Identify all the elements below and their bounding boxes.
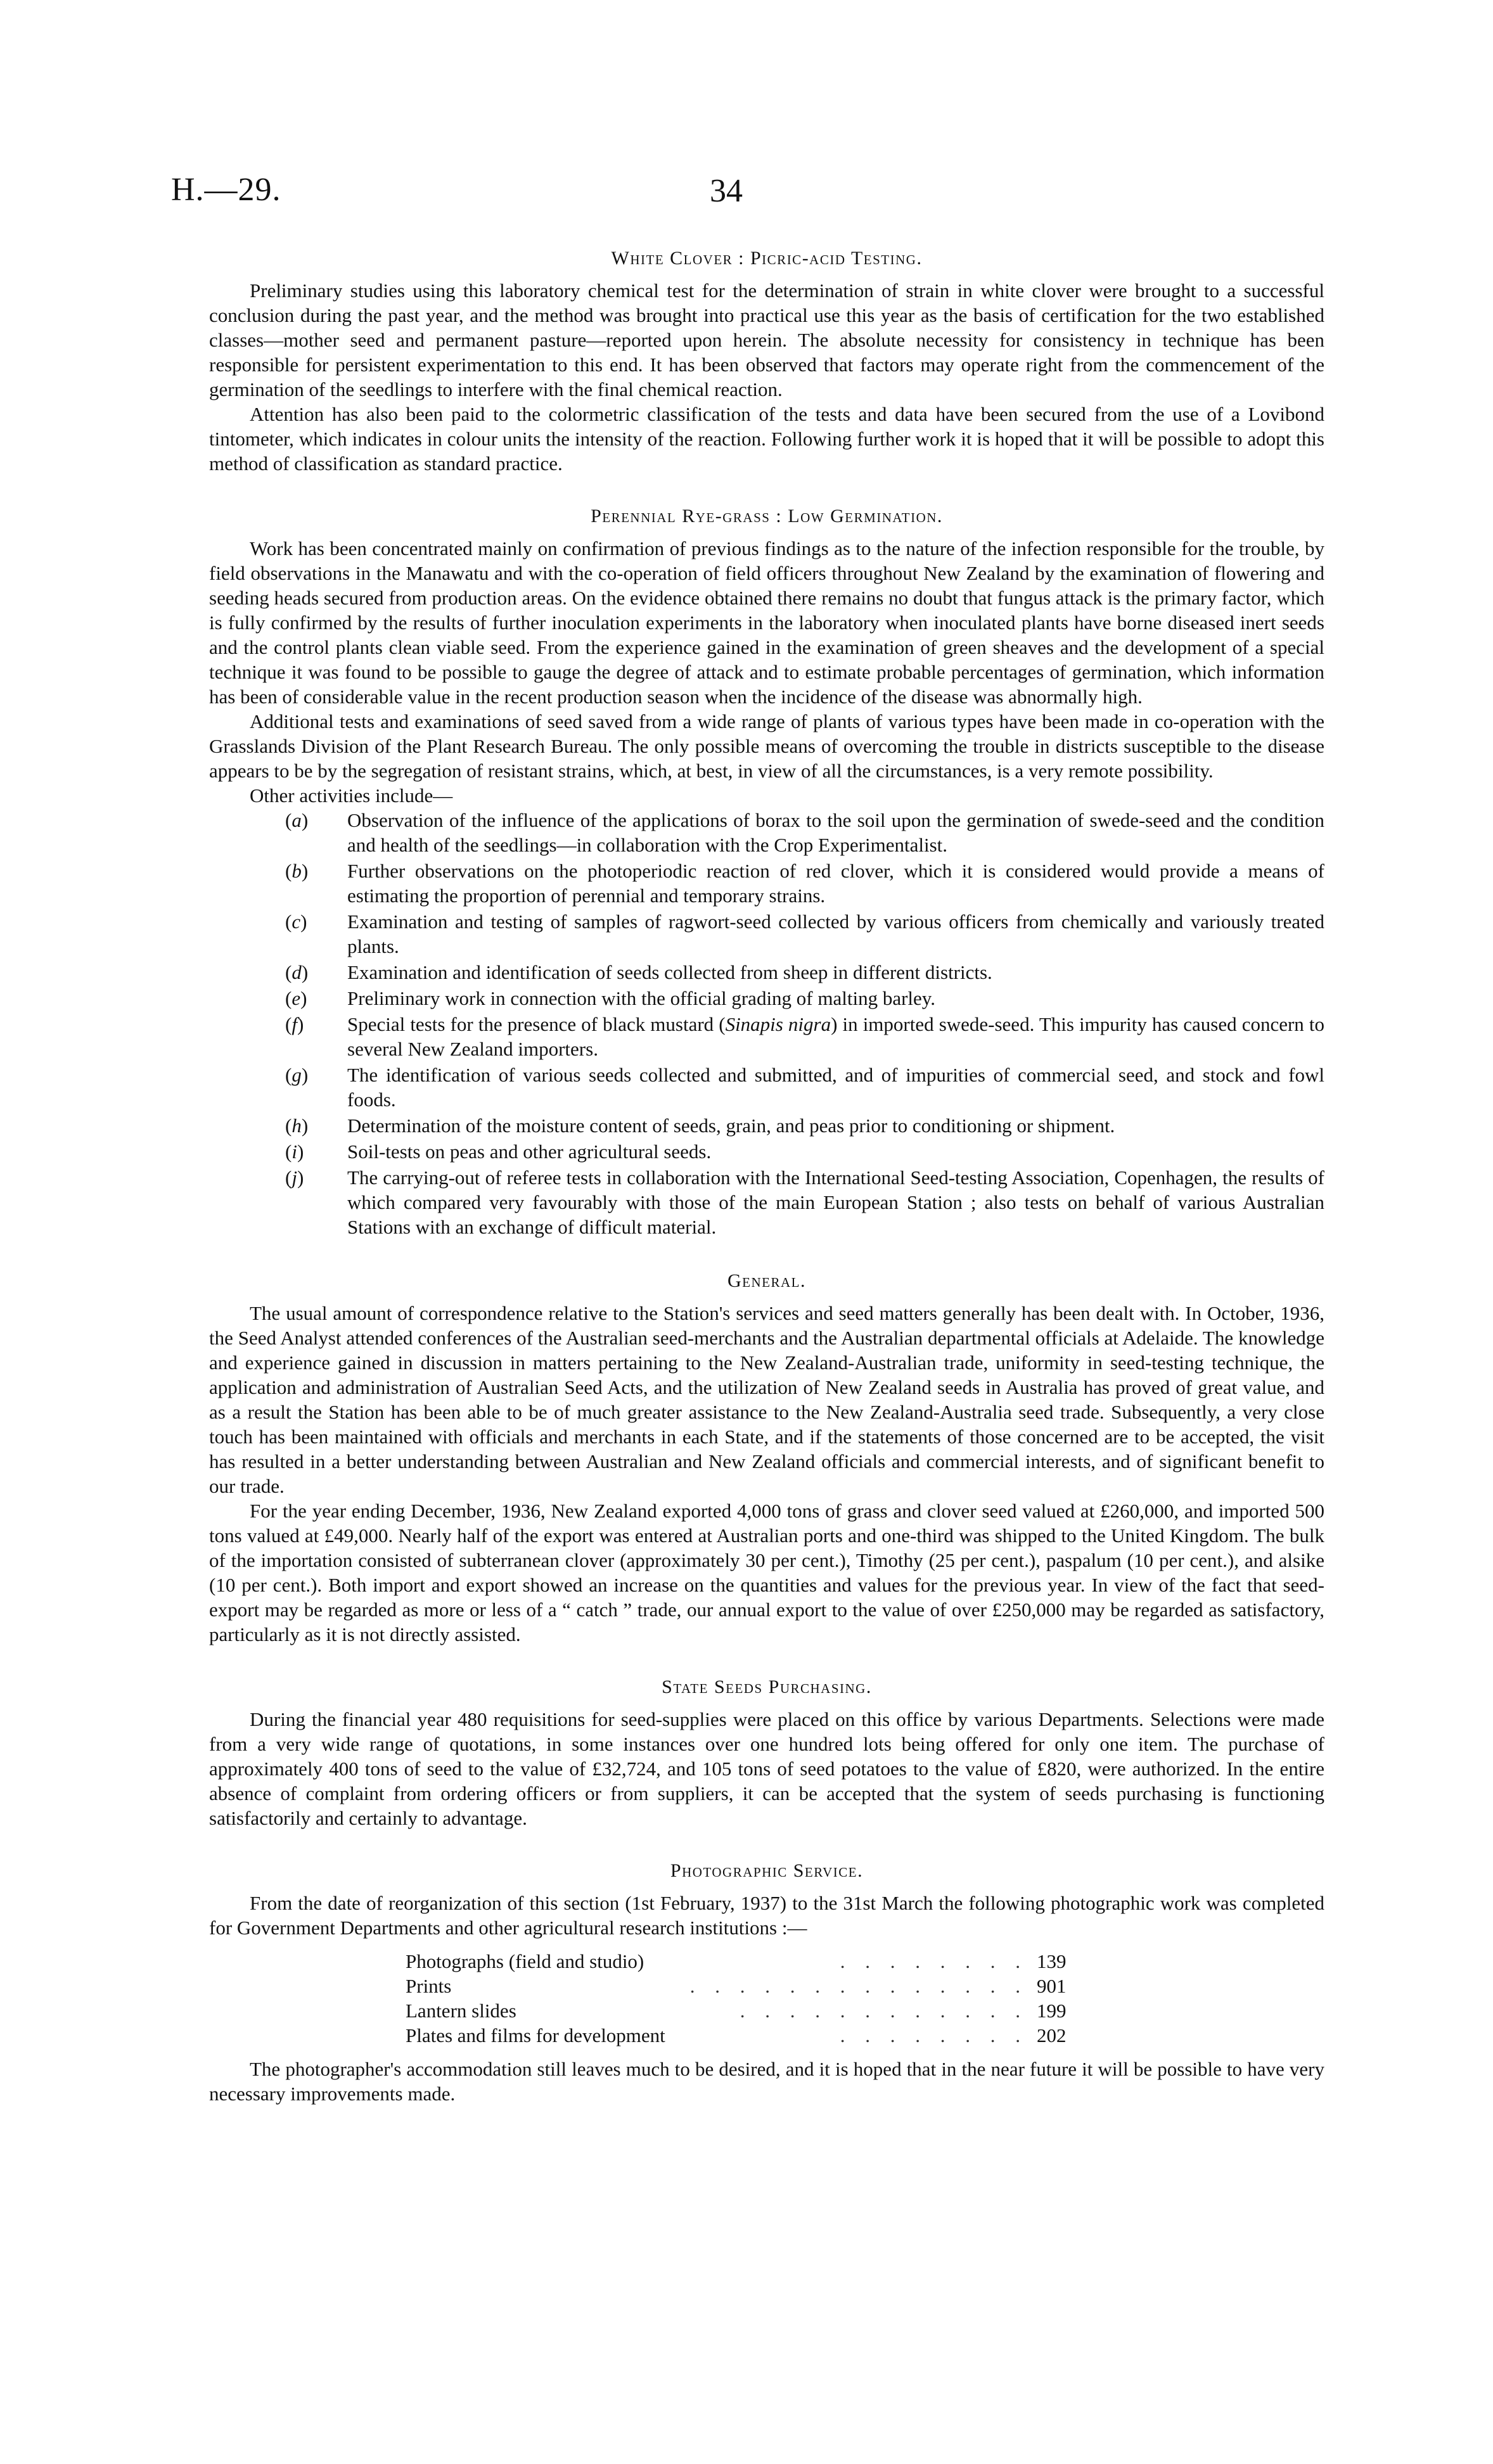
- dot-leader: . . . . . . . .: [644, 1949, 1037, 1974]
- italic-species-name: Sinapis nigra: [726, 1013, 831, 1035]
- paragraph: From the date of reorganization of this …: [209, 1891, 1324, 1940]
- paragraph: Preliminary studies using this laborator…: [209, 278, 1324, 402]
- list-item: (a)Observation of the influence of the a…: [209, 808, 1324, 857]
- table-row: Prints . . . . . . . . . . . . . . 901: [406, 1974, 1077, 1998]
- table-value: 901: [1037, 1974, 1077, 1998]
- dot-leader: . . . . . . . . . . . . . .: [451, 1974, 1037, 1998]
- paragraph: For the year ending December, 1936, New …: [209, 1498, 1324, 1647]
- page-number: 34: [710, 172, 743, 210]
- table-value: 199: [1037, 1998, 1077, 2023]
- list-item: (c)Examination and testing of samples of…: [209, 909, 1324, 959]
- section-heading: Photographic Service.: [209, 1858, 1324, 1883]
- dot-leader: . . . . . . . .: [665, 2023, 1037, 2048]
- section-heading: Perennial Rye-grass : Low Germination.: [209, 504, 1324, 528]
- list-item: (j)The carrying-out of referee tests in …: [209, 1165, 1324, 1239]
- section-photographic-service: Photographic Service. From the date of r…: [209, 1858, 1324, 2106]
- table-item: Lantern slides: [406, 1998, 516, 2023]
- paragraph: The usual amount of correspondence relat…: [209, 1301, 1324, 1498]
- table-row: Photographs (field and studio) . . . . .…: [406, 1949, 1077, 1974]
- table-row: Plates and films for development . . . .…: [406, 2023, 1077, 2048]
- section-heading: State Seeds Purchasing.: [209, 1675, 1324, 1699]
- photographic-work-table: Photographs (field and studio) . . . . .…: [406, 1949, 1077, 2048]
- page-header: H.—29. 34: [171, 171, 1324, 215]
- table-item: Photographs (field and studio): [406, 1949, 644, 1974]
- paragraph: The photographer's accommodation still l…: [209, 2057, 1324, 2106]
- list-intro: Other activities include—: [209, 783, 1324, 808]
- paragraph: During the financial year 480 requisitio…: [209, 1707, 1324, 1830]
- list-item: (f)Special tests for the presence of bla…: [209, 1012, 1324, 1061]
- document-reference: H.—29.: [171, 171, 281, 208]
- paragraph: Work has been concentrated mainly on con…: [209, 536, 1324, 709]
- list-item: (b)Further observations on the photoperi…: [209, 859, 1324, 908]
- table-item: Plates and films for development: [406, 2023, 665, 2048]
- activities-list: (a)Observation of the influence of the a…: [209, 808, 1324, 1239]
- list-item: (d)Examination and identification of see…: [209, 960, 1324, 985]
- section-white-clover: White Clover : Picric-acid Testing. Prel…: [209, 246, 1324, 476]
- section-heading: General.: [209, 1268, 1324, 1293]
- table-value: 139: [1037, 1949, 1077, 1974]
- list-item: (i)Soil-tests on peas and other agricult…: [209, 1139, 1324, 1164]
- table-row: Lantern slides . . . . . . . . . . . . 1…: [406, 1998, 1077, 2023]
- list-item: (h)Determination of the moisture content…: [209, 1113, 1324, 1138]
- paragraph: Additional tests and examinations of see…: [209, 709, 1324, 783]
- dot-leader: . . . . . . . . . . . .: [516, 1998, 1037, 2023]
- section-state-seeds-purchasing: State Seeds Purchasing. During the finan…: [209, 1675, 1324, 1830]
- list-item: (e)Preliminary work in connection with t…: [209, 986, 1324, 1011]
- list-item: (g)The identification of various seeds c…: [209, 1063, 1324, 1112]
- section-perennial-rye-grass: Perennial Rye-grass : Low Germination. W…: [209, 504, 1324, 1239]
- table-item: Prints: [406, 1974, 451, 1998]
- paragraph: Attention has also been paid to the colo…: [209, 402, 1324, 476]
- section-general: General. The usual amount of corresponde…: [209, 1268, 1324, 1647]
- table-value: 202: [1037, 2023, 1077, 2048]
- document-body: White Clover : Picric-acid Testing. Prel…: [209, 234, 1324, 2106]
- section-heading: White Clover : Picric-acid Testing.: [209, 246, 1324, 271]
